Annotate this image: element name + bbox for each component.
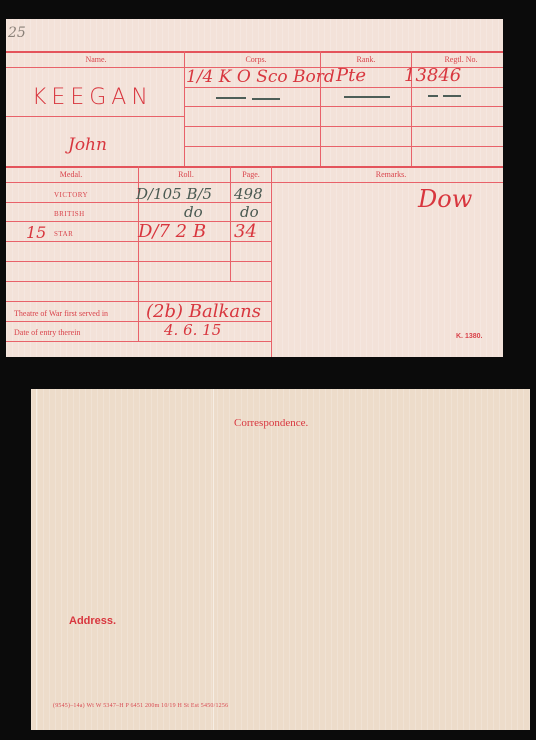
theatre-label: Theatre of War first served in: [14, 309, 108, 318]
divider: [6, 166, 503, 168]
divider: [184, 87, 503, 88]
divider: [271, 166, 272, 357]
divider: [184, 106, 503, 107]
rank-entry: Pte: [336, 65, 366, 86]
rank-header: Rank.: [346, 55, 386, 64]
medal-roll: D/105 B/5: [136, 185, 212, 203]
medal-name: Star: [54, 230, 73, 238]
ditto-mark: [428, 95, 438, 97]
form-number: K. 1380.: [456, 333, 482, 340]
divider: [6, 116, 184, 117]
medal-page: 498: [234, 185, 263, 203]
divider: [6, 341, 271, 342]
corps-entry: 1/4 K O Sco Bord: [186, 67, 335, 87]
name-header: Name.: [66, 55, 126, 64]
address-label: Address.: [69, 615, 116, 627]
corps-header: Corps.: [236, 55, 276, 64]
remarks-value: Dow: [418, 185, 472, 213]
divider: [6, 51, 503, 53]
forename-entry: John: [68, 135, 107, 155]
divider: [6, 182, 503, 183]
divider: [184, 146, 503, 147]
medal-roll: do: [184, 203, 203, 221]
pencil-mark: 25: [8, 25, 26, 41]
fold-crease: [36, 389, 37, 730]
page-header: Page.: [236, 170, 266, 179]
medal-header: Medal.: [46, 170, 96, 179]
date-value: 4. 6. 15: [164, 321, 221, 339]
medal-index-card-back: Correspondence. Address. (9545)–14a) Wt …: [31, 389, 530, 730]
medal-name: Victory: [54, 191, 88, 199]
medal-index-card-front: 25 Name. Corps. Rank. Regtl. No. KEEGAN …: [6, 19, 503, 357]
ditto-mark: [252, 98, 280, 100]
regt-no-header: Regtl. No.: [431, 55, 491, 64]
ditto-mark: [344, 96, 390, 98]
correspondence-label: Correspondence.: [234, 417, 308, 429]
medal-name: British: [54, 210, 85, 218]
remarks-header: Remarks.: [356, 170, 426, 179]
medal-page: do: [240, 203, 259, 221]
divider: [230, 166, 231, 281]
medal-page: 34: [234, 221, 257, 242]
printer-footer: (9545)–14a) Wt W 5347–H P 6451 200m 10/1…: [53, 703, 228, 709]
divider: [184, 51, 185, 167]
roll-header: Roll.: [166, 170, 206, 179]
regt-no-entry: 13846: [404, 65, 461, 86]
theatre-value: (2b) Balkans: [146, 301, 261, 322]
ditto-mark: [216, 97, 246, 99]
fold-crease: [213, 389, 214, 730]
medal-prefix: 15: [26, 223, 46, 242]
date-label: Date of entry therein: [14, 328, 80, 337]
ditto-mark: [443, 95, 461, 97]
medal-roll: D/7 2 B: [138, 221, 206, 242]
divider: [184, 126, 503, 127]
surname-entry: KEEGAN: [32, 85, 153, 110]
